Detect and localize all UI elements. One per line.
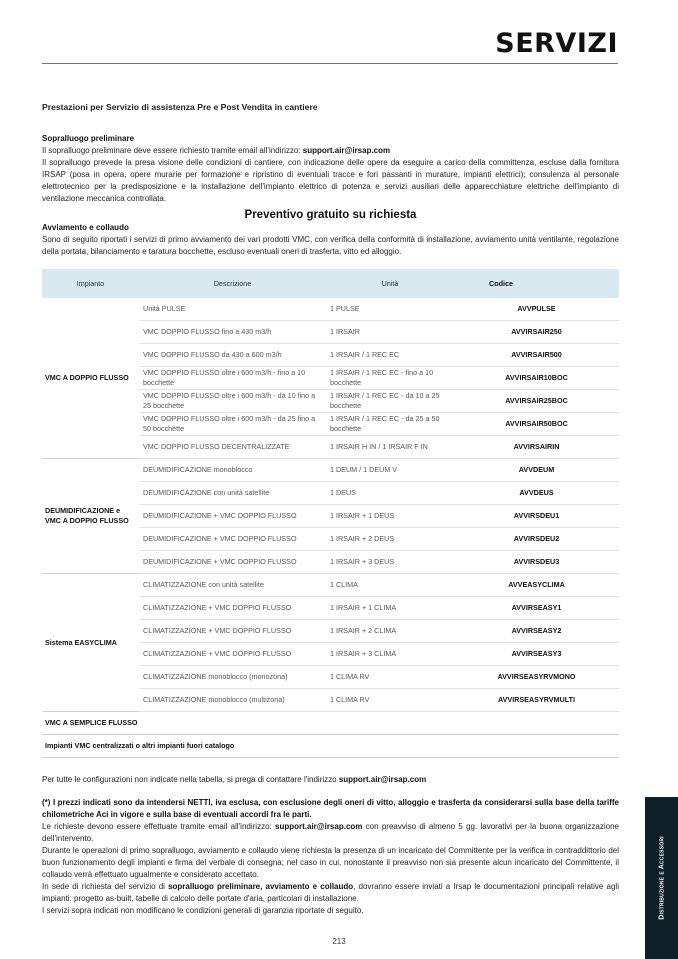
impianto-cell: VMC A DOPPIO FLUSSO — [42, 298, 139, 459]
services-table: Impianto Descrizione Unità Codice VMC A … — [42, 269, 619, 758]
contact-email-link[interactable]: support.air@irsap.com — [339, 775, 426, 784]
contact-note: Per tutte le configurazioni non indicate… — [42, 774, 619, 786]
documents-note: In sede di richiesta del servizio di sop… — [42, 881, 619, 905]
table-row: VMC A DOPPIO FLUSSOUnità PULSE1 PULSEAVV… — [42, 298, 619, 321]
page-number: 213 — [0, 937, 678, 946]
sopralluogo-request-text: Il sopralluogo preliminare deve essere r… — [42, 146, 303, 155]
unita-cell: 1 IRSAIR + 1 CLIMA — [326, 597, 454, 620]
unita-cell: 1 IRSAIR + 1 DEUS — [326, 505, 454, 528]
unita-cell: 1 IRSAIR / 1 REC EC - da 25 a 50 bocchet… — [326, 413, 454, 436]
header-unita: Unità — [326, 269, 454, 298]
descrizione-cell: DEUMIDIFICAZIONE + VMC DOPPIO FLUSSO — [139, 528, 326, 551]
codice-cell: AVVIRSDEU2 — [454, 528, 619, 551]
codice-cell: AVVIRSEASYRVMULTI — [454, 689, 619, 712]
descrizione-cell: VMC DOPPIO FLUSSO oltre i 600 m3/h - da … — [139, 413, 326, 436]
avviamento-title: Avviamento e collaudo — [42, 222, 619, 234]
impianto-cell: DEUMIDIFICAZIONE e VMC A DOPPIO FLUSSO — [42, 459, 139, 574]
descrizione-cell: CLIMATIZZAZIONE con unità satellite — [139, 574, 326, 597]
codice-cell: AVVIRSEASY1 — [454, 597, 619, 620]
descrizione-cell: DEUMIDIFICAZIONE + VMC DOPPIO FLUSSO — [139, 505, 326, 528]
sopralluogo-request-line: Il sopralluogo preliminare deve essere r… — [42, 145, 619, 157]
sopralluogo-title: Sopralluogo preliminare — [42, 133, 619, 145]
codice-cell: AVVIRSEASY3 — [454, 643, 619, 666]
impianto-full-cell: Impianti VMC centralizzati o altri impia… — [42, 735, 619, 758]
unita-cell: 1 IRSAIR + 2 CLIMA — [326, 620, 454, 643]
impianto-full-cell: VMC A SEMPLICE FLUSSO — [42, 712, 619, 735]
descrizione-cell: CLIMATIZZAZIONE monoblocco (multizona) — [139, 689, 326, 712]
unita-cell: 1 IRSAIR / 1 REC EC - da 10 a 25 bocchet… — [326, 390, 454, 413]
unita-cell: 1 CLIMA RV — [326, 666, 454, 689]
codice-cell: AVVPULSE — [454, 298, 619, 321]
descrizione-cell: DEUMIDIFICAZIONE con unità satellite — [139, 482, 326, 505]
descrizione-cell: CLIMATIZZAZIONE + VMC DOPPIO FLUSSO — [139, 643, 326, 666]
descrizione-cell: VMC DOPPIO FLUSSO da 430 a 600 m3/h — [139, 344, 326, 367]
unita-cell: 1 PULSE — [326, 298, 454, 321]
avviamento-section: Avviamento e collaudo Sono di seguito ri… — [42, 222, 619, 258]
codice-cell: AVVIRSAIRIN — [454, 436, 619, 459]
unita-cell: 1 IRSAIR / 1 REC EC - fino a 10 bocchett… — [326, 367, 454, 390]
table-header-row: Impianto Descrizione Unità Codice — [42, 269, 619, 298]
unita-cell: 1 CLIMA RV — [326, 689, 454, 712]
table-row: DEUMIDIFICAZIONE e VMC A DOPPIO FLUSSODE… — [42, 459, 619, 482]
contact-note-text: Per tutte le configurazioni non indicate… — [42, 775, 339, 784]
unita-cell: 1 IRSAIR + 2 DEUS — [326, 528, 454, 551]
support-email-link[interactable]: support.air@irsap.com — [303, 146, 390, 155]
requests-note: Le richieste devono essere effettuate tr… — [42, 821, 619, 845]
descrizione-cell: DEUMIDIFICAZIONE monoblocco — [139, 459, 326, 482]
unita-cell: 1 DEUS — [326, 482, 454, 505]
side-tab-label: Distribuzione e Accessori — [658, 836, 665, 919]
header-descrizione: Descrizione — [139, 269, 326, 298]
codice-cell: AVVIRSAIR500 — [454, 344, 619, 367]
unita-cell: 1 IRSAIR H IN / 1 IRSAIR F IN — [326, 436, 454, 459]
unita-cell: 1 DEUM / 1 DEUM V — [326, 459, 454, 482]
page-content: Prestazioni per Servizio di assistenza P… — [42, 101, 619, 917]
codice-cell: AVVIRSEASYRVMONO — [454, 666, 619, 689]
descrizione-cell: VMC DOPPIO FLUSSO fino a 430 m3/h — [139, 321, 326, 344]
codice-cell: AVVIRSAIR10BOC — [454, 367, 619, 390]
header-impianto: Impianto — [42, 269, 139, 298]
codice-cell: AVVIRSDEU1 — [454, 505, 619, 528]
requests-note-text: Le richieste devono essere effettuate tr… — [42, 822, 275, 831]
header-codice: Codice — [454, 269, 619, 298]
unita-cell: 1 IRSAIR — [326, 321, 454, 344]
descrizione-cell: VMC DOPPIO FLUSSO oltre i 600 m3/h - da … — [139, 390, 326, 413]
documents-note-bold: sopralluogo preliminare, avviamento e co… — [168, 882, 353, 891]
operations-note: Durante le operazioni di primo sopralluo… — [42, 845, 619, 881]
codice-cell: AVVEASYCLIMA — [454, 574, 619, 597]
section-side-tab[interactable]: Distribuzione e Accessori — [645, 797, 678, 959]
descrizione-cell: CLIMATIZZAZIONE monoblocco (monozona) — [139, 666, 326, 689]
descrizione-cell: Unità PULSE — [139, 298, 326, 321]
table-row: Sistema EASYCLIMACLIMATIZZAZIONE con uni… — [42, 574, 619, 597]
unita-cell: 1 IRSAIR + 3 DEUS — [326, 551, 454, 574]
codice-cell: AVVDEUM — [454, 459, 619, 482]
documents-note-text: In sede di richiesta del servizio di — [42, 882, 168, 891]
descrizione-cell: VMC DOPPIO FLUSSO oltre i 600 m3/h - fin… — [139, 367, 326, 390]
avviamento-body: Sono di seguito riportati i servizi di p… — [42, 234, 619, 258]
sopralluogo-section: Sopralluogo preliminare Il sopralluogo p… — [42, 133, 619, 205]
page-title: SERVIZI — [495, 28, 618, 59]
unita-cell: 1 IRSAIR + 3 CLIMA — [326, 643, 454, 666]
descrizione-cell: VMC DOPPIO FLUSSO DECENTRALIZZATE — [139, 436, 326, 459]
intro-title: Prestazioni per Servizio di assistenza P… — [42, 101, 619, 113]
preventivo-heading: Preventivo gratuito su richiesta — [42, 209, 619, 222]
unita-cell: 1 IRSAIR / 1 REC EC — [326, 344, 454, 367]
prices-note: (*) I prezzi indicati sono da intendersi… — [42, 797, 619, 821]
descrizione-cell: CLIMATIZZAZIONE + VMC DOPPIO FLUSSO — [139, 620, 326, 643]
codice-cell: AVVIRSAIR25BOC — [454, 390, 619, 413]
sopralluogo-body: Il sopralluogo prevede la presa visione … — [42, 157, 619, 205]
impianto-cell: Sistema EASYCLIMA — [42, 574, 139, 712]
table-row-full: VMC A SEMPLICE FLUSSO — [42, 712, 619, 735]
requests-email-link[interactable]: support.air@irsap.com — [275, 822, 362, 831]
codice-cell: AVVDEUS — [454, 482, 619, 505]
codice-cell: AVVIRSAIR250 — [454, 321, 619, 344]
descrizione-cell: CLIMATIZZAZIONE + VMC DOPPIO FLUSSO — [139, 597, 326, 620]
codice-cell: AVVIRSDEU3 — [454, 551, 619, 574]
descrizione-cell: DEUMIDIFICAZIONE + VMC DOPPIO FLUSSO — [139, 551, 326, 574]
table-row-full: Impianti VMC centralizzati o altri impia… — [42, 735, 619, 758]
header-divider — [42, 63, 618, 64]
warranty-note: I servizi sopra indicati non modificano … — [42, 905, 619, 917]
unita-cell: 1 CLIMA — [326, 574, 454, 597]
codice-cell: AVVIRSEASY2 — [454, 620, 619, 643]
codice-cell: AVVIRSAIR50BOC — [454, 413, 619, 436]
